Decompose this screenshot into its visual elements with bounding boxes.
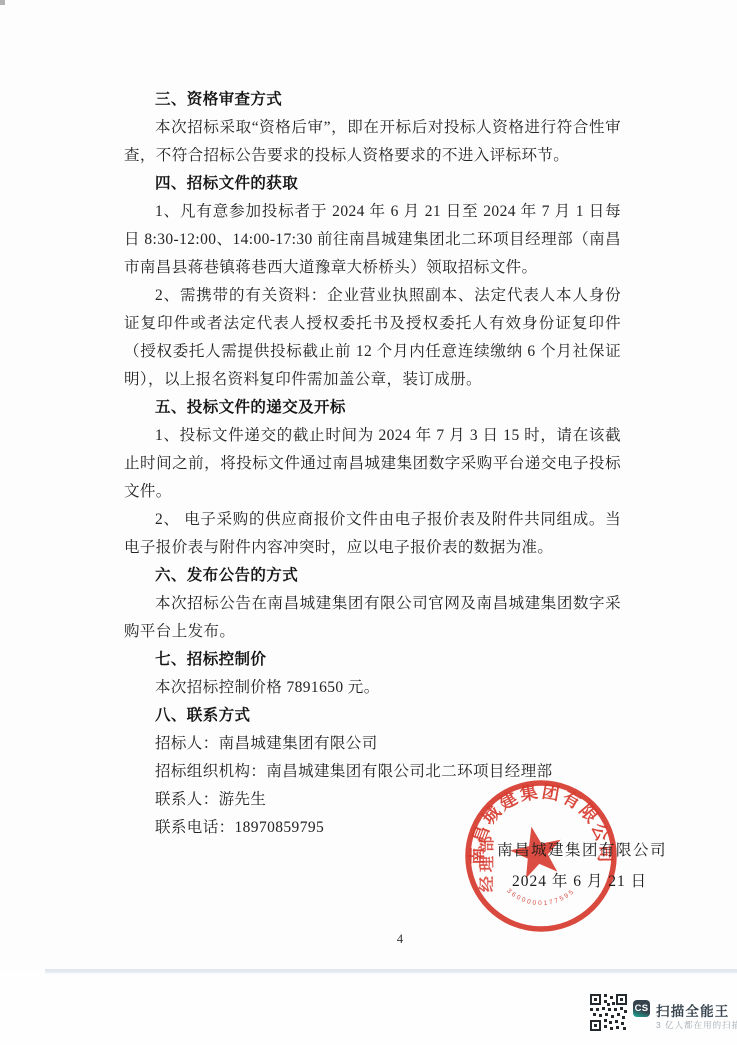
paragraph: 招标人：南昌城建集团有限公司 xyxy=(124,730,621,758)
paragraph: 1、凡有意参加投标者于 2024 年 6 月 21 日至 2024 年 7 月 … xyxy=(124,198,621,282)
scanned-document-page: 三、资格审查方式本次招标采取“资格后审”，即在开标后对投标人资格进行符合性审查，… xyxy=(0,0,737,1045)
page-number: 4 xyxy=(380,932,420,947)
scan-artifact xyxy=(0,0,5,5)
signature-date: 2024 年 6 月 21 日 xyxy=(512,869,647,891)
paragraph: 本次招标公告在南昌城建集团有限公司官网及南昌城建集团数字采购平台上发布。 xyxy=(124,590,621,646)
paragraph: 本次招标采取“资格后审”，即在开标后对投标人资格进行符合性审查，不符合招标公告要… xyxy=(124,114,621,170)
section-heading: 六、发布公告的方式 xyxy=(124,562,621,590)
section-heading: 七、招标控制价 xyxy=(124,646,621,674)
section-heading: 八、联系方式 xyxy=(124,702,621,730)
paragraph: 2、 电子采购的供应商报价文件由电子报价表及附件共同组成。当电子报价表与附件内容… xyxy=(124,506,621,562)
paper-bottom-edge xyxy=(45,969,737,974)
seal-overlap-text: 经理部 xyxy=(477,832,496,892)
section-heading: 四、招标文件的获取 xyxy=(124,170,621,198)
signature-company: 南昌城建集团有限公司 xyxy=(497,838,667,860)
camscanner-brand-name: 扫描全能王 xyxy=(656,1000,730,1020)
paragraph: 1、投标文件递交的截止时间为 2024 年 7 月 3 日 15 时，请在该截止… xyxy=(124,422,621,506)
document-body: 三、资格审查方式本次招标采取“资格后审”，即在开标后对投标人资格进行符合性审查，… xyxy=(124,86,621,842)
qr-code-icon xyxy=(590,994,627,1031)
section-heading: 三、资格审查方式 xyxy=(124,86,621,114)
paragraph: 2、需携带的有关资料：企业营业执照副本、法定代表人本人身份证复印件或者法定代表人… xyxy=(124,282,621,394)
paragraph: 本次招标控制价格 7891650 元。 xyxy=(124,674,621,702)
section-heading: 五、投标文件的递交及开标 xyxy=(124,394,621,422)
camscanner-logo-icon: CS xyxy=(633,1000,650,1017)
camscanner-tagline: 3 亿人都在用的扫描App xyxy=(656,1019,737,1031)
